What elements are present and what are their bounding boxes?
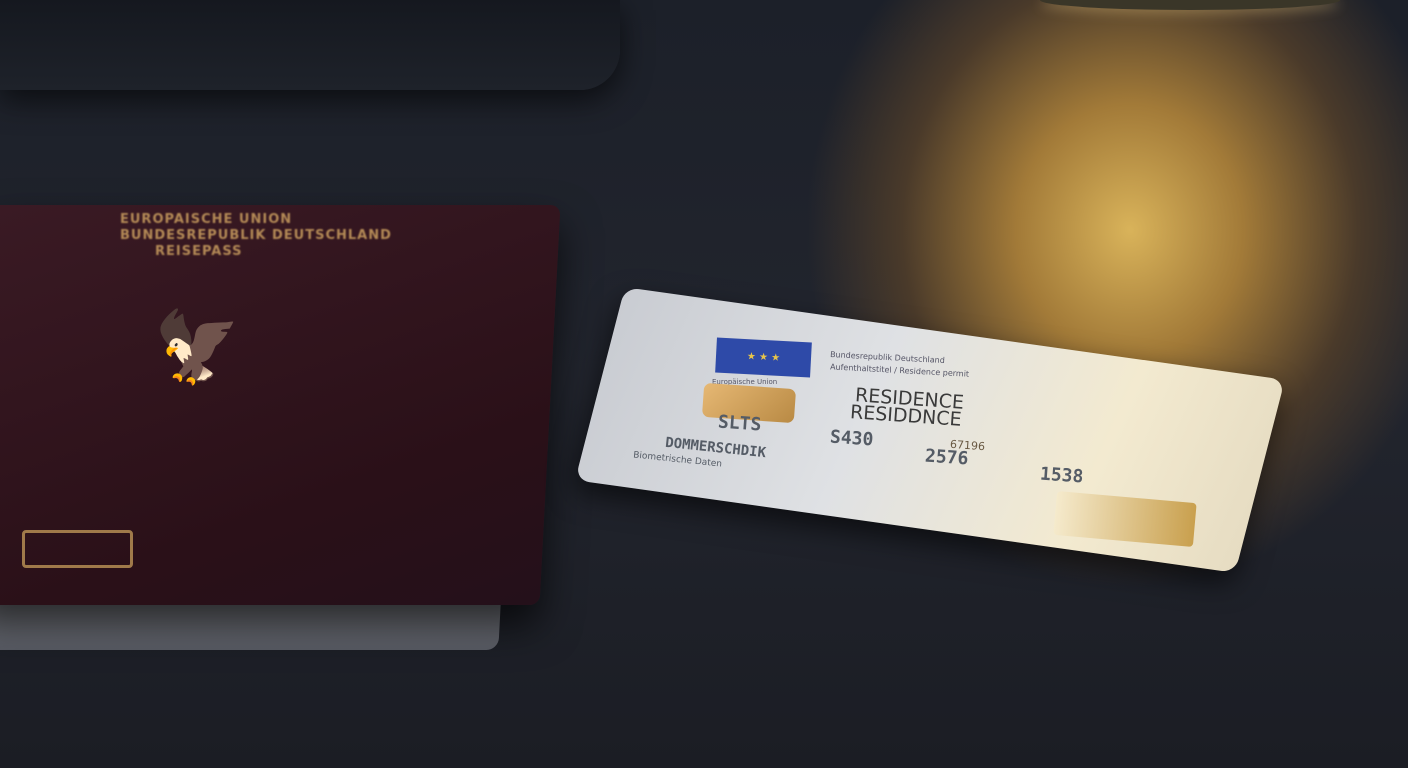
card-number-3: 2576 <box>924 446 969 470</box>
passport-title-2: BUNDESREPUBLIK DEUTSCHLAND <box>120 228 392 243</box>
lamp-base <box>1040 0 1340 10</box>
card-number-4: 1538 <box>1039 464 1084 488</box>
passport-title-1: EUROPAISCHE UNION <box>120 212 292 227</box>
eagle-icon: 🦅 <box>90 305 305 390</box>
passport-title-3: REISEPASS <box>155 244 243 259</box>
laptop-edge <box>0 0 620 90</box>
card-number-1: SLTS <box>717 412 762 436</box>
biometric-chip-icon <box>22 530 133 568</box>
card-number-2: S430 <box>829 427 874 451</box>
eu-flag-icon: ★ ★ ★ <box>715 338 812 378</box>
